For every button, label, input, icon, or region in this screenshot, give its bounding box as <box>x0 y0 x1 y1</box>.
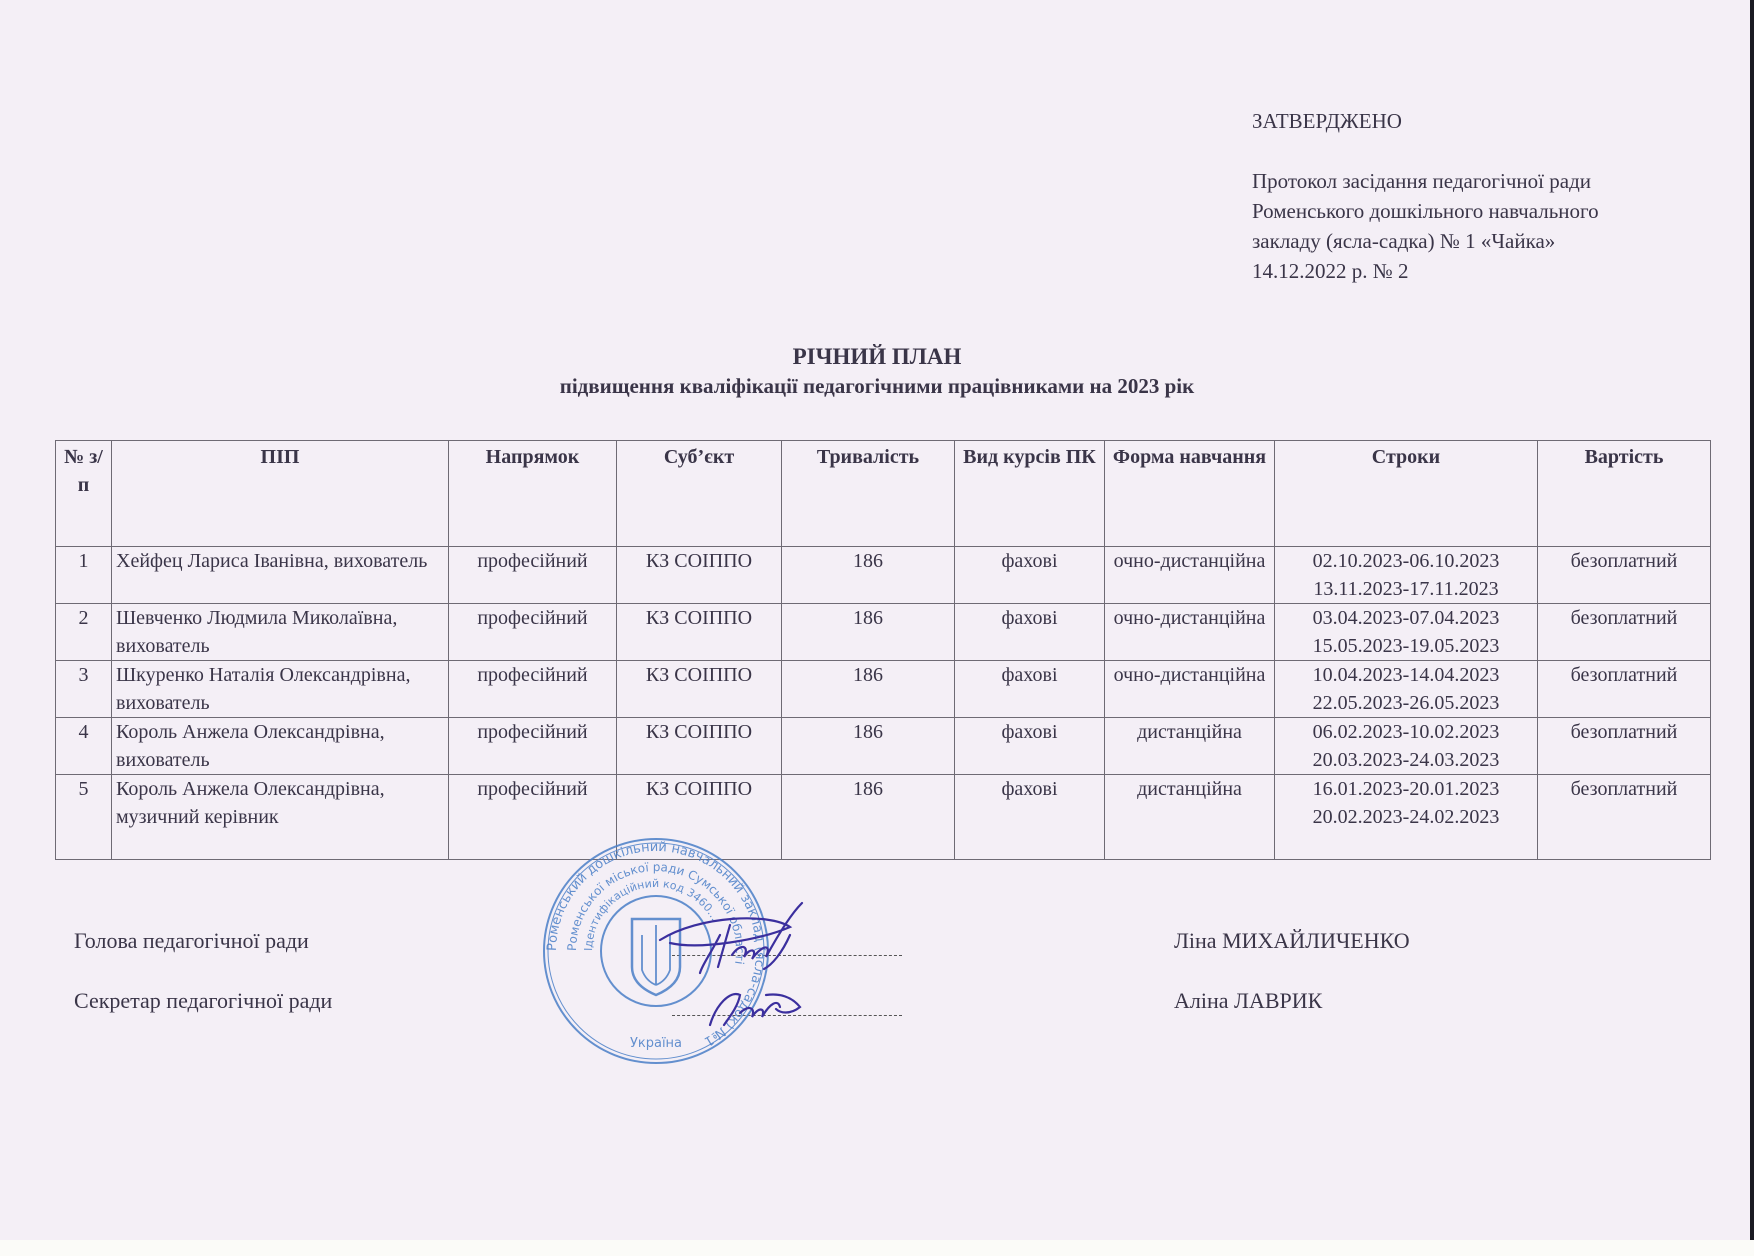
date-range: 15.05.2023-19.05.2023 <box>1279 632 1533 660</box>
row-form: очно-дистанційна <box>1105 604 1275 661</box>
scan-edge <box>1750 0 1754 1240</box>
qualification-plan-table: № з/п ПІП Напрямок Суб’єкт Тривалість Ви… <box>55 440 1711 860</box>
row-form: дистанційна <box>1105 775 1275 860</box>
row-direction: професійний <box>449 661 617 718</box>
row-number: 4 <box>56 718 112 775</box>
row-subject: КЗ СОІППО <box>617 718 782 775</box>
approval-line: закладу (ясла-садка) № 1 «Чайка» <box>1252 226 1599 256</box>
date-range: 16.01.2023-20.01.2023 <box>1279 775 1533 803</box>
col-header-cost: Вартість <box>1538 441 1711 547</box>
row-direction: професійний <box>449 604 617 661</box>
row-dates: 06.02.2023-10.02.202320.03.2023-24.03.20… <box>1275 718 1538 775</box>
row-name: Король Анжела Олександрівна, музичний ке… <box>112 775 449 860</box>
approval-line: 14.12.2022 р. № 2 <box>1252 256 1599 286</box>
secretary-name: Аліна ЛАВРИК <box>1174 986 1322 1016</box>
row-course-type: фахові <box>955 661 1105 718</box>
row-name: Король Анжела Олександрівна, вихователь <box>112 718 449 775</box>
date-range: 20.03.2023-24.03.2023 <box>1279 746 1533 774</box>
row-number: 5 <box>56 775 112 860</box>
row-duration: 186 <box>782 604 955 661</box>
col-header-dates: Строки <box>1275 441 1538 547</box>
date-range: 20.02.2023-24.02.2023 <box>1279 803 1533 831</box>
row-number: 2 <box>56 604 112 661</box>
row-course-type: фахові <box>955 604 1105 661</box>
row-cost: безоплатний <box>1538 547 1711 604</box>
row-course-type: фахові <box>955 718 1105 775</box>
scan-margin <box>0 1240 1754 1256</box>
row-form: очно-дистанційна <box>1105 547 1275 604</box>
document-title: РІЧНИЙ ПЛАН підвищення кваліфікації педа… <box>0 342 1754 400</box>
col-header-duration: Тривалість <box>782 441 955 547</box>
row-name: Хейфец Лариса Іванівна, вихователь <box>112 547 449 604</box>
table-header-row: № з/п ПІП Напрямок Суб’єкт Тривалість Ви… <box>56 441 1711 547</box>
title-main: РІЧНИЙ ПЛАН <box>0 342 1754 372</box>
row-cost: безоплатний <box>1538 661 1711 718</box>
row-subject: КЗ СОІППО <box>617 604 782 661</box>
title-sub: підвищення кваліфікації педагогічними пр… <box>0 372 1754 400</box>
chair-role: Голова педагогічної ради <box>74 926 309 956</box>
row-cost: безоплатний <box>1538 718 1711 775</box>
row-form: очно-дистанційна <box>1105 661 1275 718</box>
row-number: 3 <box>56 661 112 718</box>
row-duration: 186 <box>782 661 955 718</box>
row-name: Шкуренко Наталія Олександрівна, виховате… <box>112 661 449 718</box>
row-duration: 186 <box>782 718 955 775</box>
row-subject: КЗ СОІППО <box>617 547 782 604</box>
row-subject: КЗ СОІППО <box>617 661 782 718</box>
row-course-type: фахові <box>955 775 1105 860</box>
row-cost: безоплатний <box>1538 775 1711 860</box>
date-range: 10.04.2023-14.04.2023 <box>1279 661 1533 689</box>
date-range: 13.11.2023-17.11.2023 <box>1279 575 1533 603</box>
row-duration: 186 <box>782 547 955 604</box>
row-dates: 10.04.2023-14.04.202322.05.2023-26.05.20… <box>1275 661 1538 718</box>
row-direction: професійний <box>449 547 617 604</box>
col-header-subject: Суб’єкт <box>617 441 782 547</box>
col-header-course-type: Вид курсів ПК <box>955 441 1105 547</box>
table-row: 5Король Анжела Олександрівна, музичний к… <box>56 775 1711 860</box>
row-dates: 16.01.2023-20.01.202320.02.2023-24.02.20… <box>1275 775 1538 860</box>
row-dates: 03.04.2023-07.04.202315.05.2023-19.05.20… <box>1275 604 1538 661</box>
row-cost: безоплатний <box>1538 604 1711 661</box>
col-header-form: Форма навчання <box>1105 441 1275 547</box>
col-header-direction: Напрямок <box>449 441 617 547</box>
row-direction: професійний <box>449 718 617 775</box>
approval-heading: ЗАТВЕРДЖЕНО <box>1252 106 1599 136</box>
table-row: 1Хейфец Лариса Іванівна, виховательпрофе… <box>56 547 1711 604</box>
row-dates: 02.10.2023-06.10.202313.11.2023-17.11.20… <box>1275 547 1538 604</box>
date-range: 03.04.2023-07.04.2023 <box>1279 604 1533 632</box>
col-header-number: № з/п <box>56 441 112 547</box>
row-form: дистанційна <box>1105 718 1275 775</box>
date-range: 02.10.2023-06.10.2023 <box>1279 547 1533 575</box>
table-row: 4Король Анжела Олександрівна, вихователь… <box>56 718 1711 775</box>
approval-block: ЗАТВЕРДЖЕНО Протокол засідання педагогіч… <box>1252 106 1599 286</box>
table-row: 2Шевченко Людмила Миколаївна, вихователь… <box>56 604 1711 661</box>
signature-scribbles <box>640 895 840 1045</box>
secretary-role: Секретар педагогічної ради <box>74 986 332 1016</box>
row-name: Шевченко Людмила Миколаївна, вихователь <box>112 604 449 661</box>
date-range: 06.02.2023-10.02.2023 <box>1279 718 1533 746</box>
row-number: 1 <box>56 547 112 604</box>
approval-line: Роменського дошкільного навчального <box>1252 196 1599 226</box>
approval-line: Протокол засідання педагогічної ради <box>1252 166 1599 196</box>
date-range: 22.05.2023-26.05.2023 <box>1279 689 1533 717</box>
col-header-name: ПІП <box>112 441 449 547</box>
row-course-type: фахові <box>955 547 1105 604</box>
row-duration: 186 <box>782 775 955 860</box>
chair-name: Ліна МИХАЙЛИЧЕНКО <box>1174 926 1410 956</box>
table-row: 3Шкуренко Наталія Олександрівна, виховат… <box>56 661 1711 718</box>
